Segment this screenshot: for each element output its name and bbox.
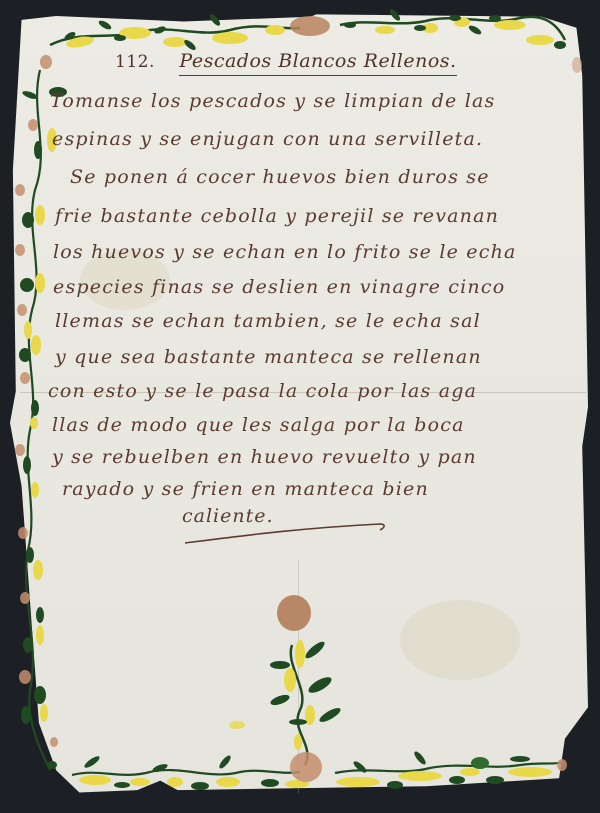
center-flower-icon — [229, 595, 342, 782]
text-line-3: Se ponen á cocer huevos bien duros se — [70, 166, 490, 188]
recipe-number: 112. — [115, 52, 155, 72]
text-line-4: frie bastante cebolla y perejil se revan… — [55, 205, 499, 227]
left-vine-icon — [15, 55, 67, 770]
underline-flourish-icon — [180, 518, 390, 548]
text-line-2: espinas y se enjugan con una servilleta. — [52, 128, 483, 150]
text-line-9: con esto y se le pasa la cola por las ag… — [48, 380, 477, 402]
floral-border-decoration — [0, 0, 600, 813]
text-line-12: rayado y se frien en manteca bien — [62, 478, 429, 500]
text-line-6: especies finas se deslien en vinagre cin… — [53, 276, 505, 298]
text-line-7: llemas se echan tambien, se le echa sal — [55, 310, 481, 332]
text-line-1: Tomanse los pescados y se limpian de las — [50, 90, 496, 112]
recipe-title: Pescados Blancos Rellenos. — [179, 50, 456, 76]
text-line-5: los huevos y se echan en lo frito se le … — [53, 241, 517, 263]
text-line-11: y se rebuelben en huevo revuelto y pan — [52, 446, 477, 468]
text-line-8: y que sea bastante manteca se rellenan — [55, 346, 482, 368]
text-line-10: llas de modo que les salga por la boca — [52, 414, 465, 436]
recipe-heading: 112. Pescados Blancos Rellenos. — [115, 50, 457, 72]
